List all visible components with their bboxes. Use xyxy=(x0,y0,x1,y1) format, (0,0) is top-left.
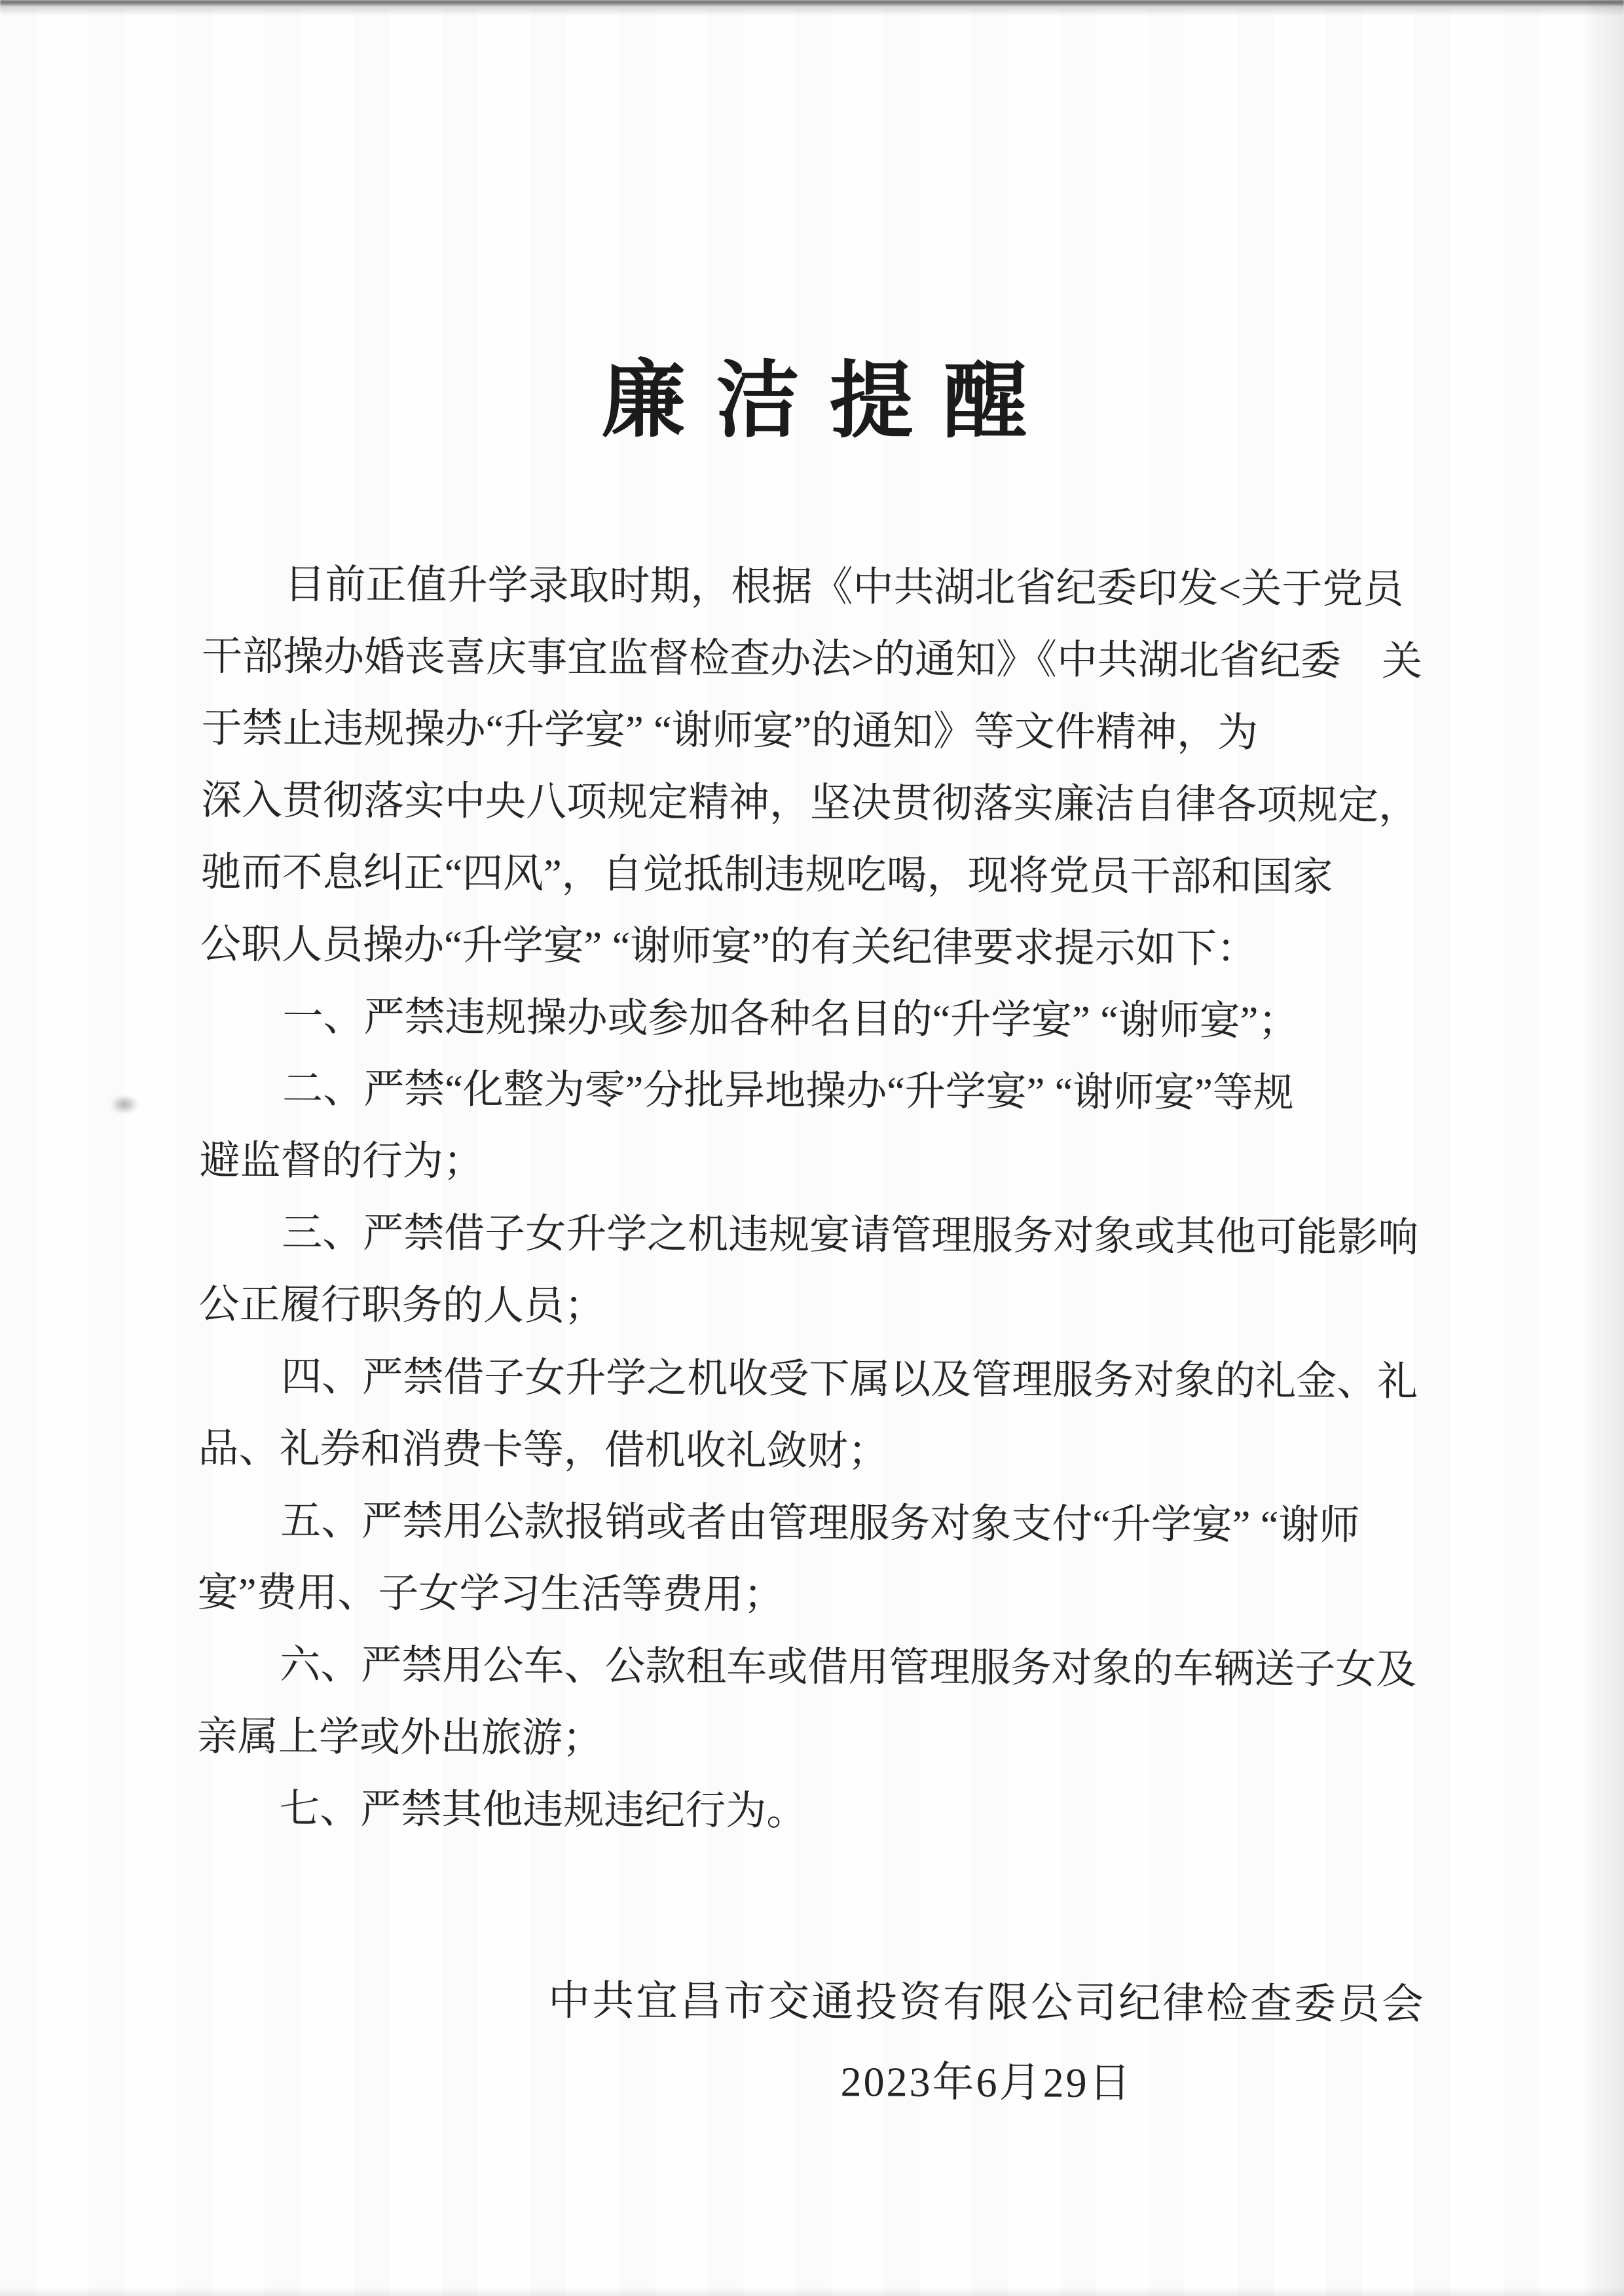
scanned-document-page: 廉洁提醒 目前正值升学录取时期，根据《中共湖北省纪委印发<关于党员干部操办婚丧喜… xyxy=(0,0,1624,2296)
body-line: 品、礼券和消费卡等，借机收礼敛财； xyxy=(198,1413,1433,1490)
body-line: 目前正值升学录取时期，根据《中共湖北省纪委印发<关于党员 xyxy=(202,549,1437,626)
document-content: 廉洁提醒 目前正值升学录取时期，根据《中共湖北省纪委印发<关于党员干部操办婚丧喜… xyxy=(0,0,1624,2296)
document-title: 廉洁提醒 xyxy=(2,349,1624,454)
body-line: 干部操办婚丧喜庆事宜监督检查办法>的通知》《中共湖北省纪委 关 xyxy=(202,621,1437,698)
document-body: 目前正值升学录取时期，根据《中共湖北省纪委印发<关于党员干部操办婚丧喜庆事宜监督… xyxy=(196,549,1437,1850)
body-line: 一、严禁违规操办或参加各种名目的“升学宴” “谢师宴”； xyxy=(200,981,1435,1058)
body-line: 五、严禁用公款报销或者由管理服务对象支付“升学宴” “谢师 xyxy=(198,1485,1433,1562)
body-line: 七、严禁其他违规违纪行为。 xyxy=(196,1773,1431,1850)
body-line: 三、严禁借子女升学之机违规宴请管理服务对象或其他可能影响 xyxy=(199,1197,1434,1274)
body-line: 六、严禁用公车、公款租车或借用管理服务对象的车辆送子女及 xyxy=(197,1629,1432,1706)
signature-block: 中共宜昌市交通投资有限公司纪律检查委员会 2023年6月29日 xyxy=(547,1976,1426,2109)
body-line: 宴”费用、子女学习生活等费用； xyxy=(198,1557,1433,1634)
signature-date: 2023年6月29日 xyxy=(547,2056,1425,2109)
body-line: 公职人员操办“升学宴” “谢师宴”的有关纪律要求提示如下： xyxy=(200,909,1435,986)
signature-organization: 中共宜昌市交通投资有限公司纪律检查委员会 xyxy=(548,1976,1426,2030)
body-line: 亲属上学或外出旅游； xyxy=(197,1701,1432,1778)
body-line: 公正履行职务的人员； xyxy=(198,1269,1433,1346)
body-line: 四、严禁借子女升学之机收受下属以及管理服务对象的礼金、礼 xyxy=(198,1341,1433,1418)
body-line: 于禁止违规操办“升学宴” “谢师宴”的通知》等文件精神，为 xyxy=(201,693,1436,770)
body-line: 避监督的行为； xyxy=(199,1125,1434,1202)
body-line: 二、严禁“化整为零”分批异地操办“升学宴” “谢师宴”等规 xyxy=(200,1053,1435,1130)
body-line: 深入贯彻落实中央八项规定精神，坚决贯彻落实廉洁自律各项规定， xyxy=(201,765,1436,842)
body-line: 驰而不息纠正“四风”，自觉抵制违规吃喝，现将党员干部和国家 xyxy=(200,837,1435,914)
